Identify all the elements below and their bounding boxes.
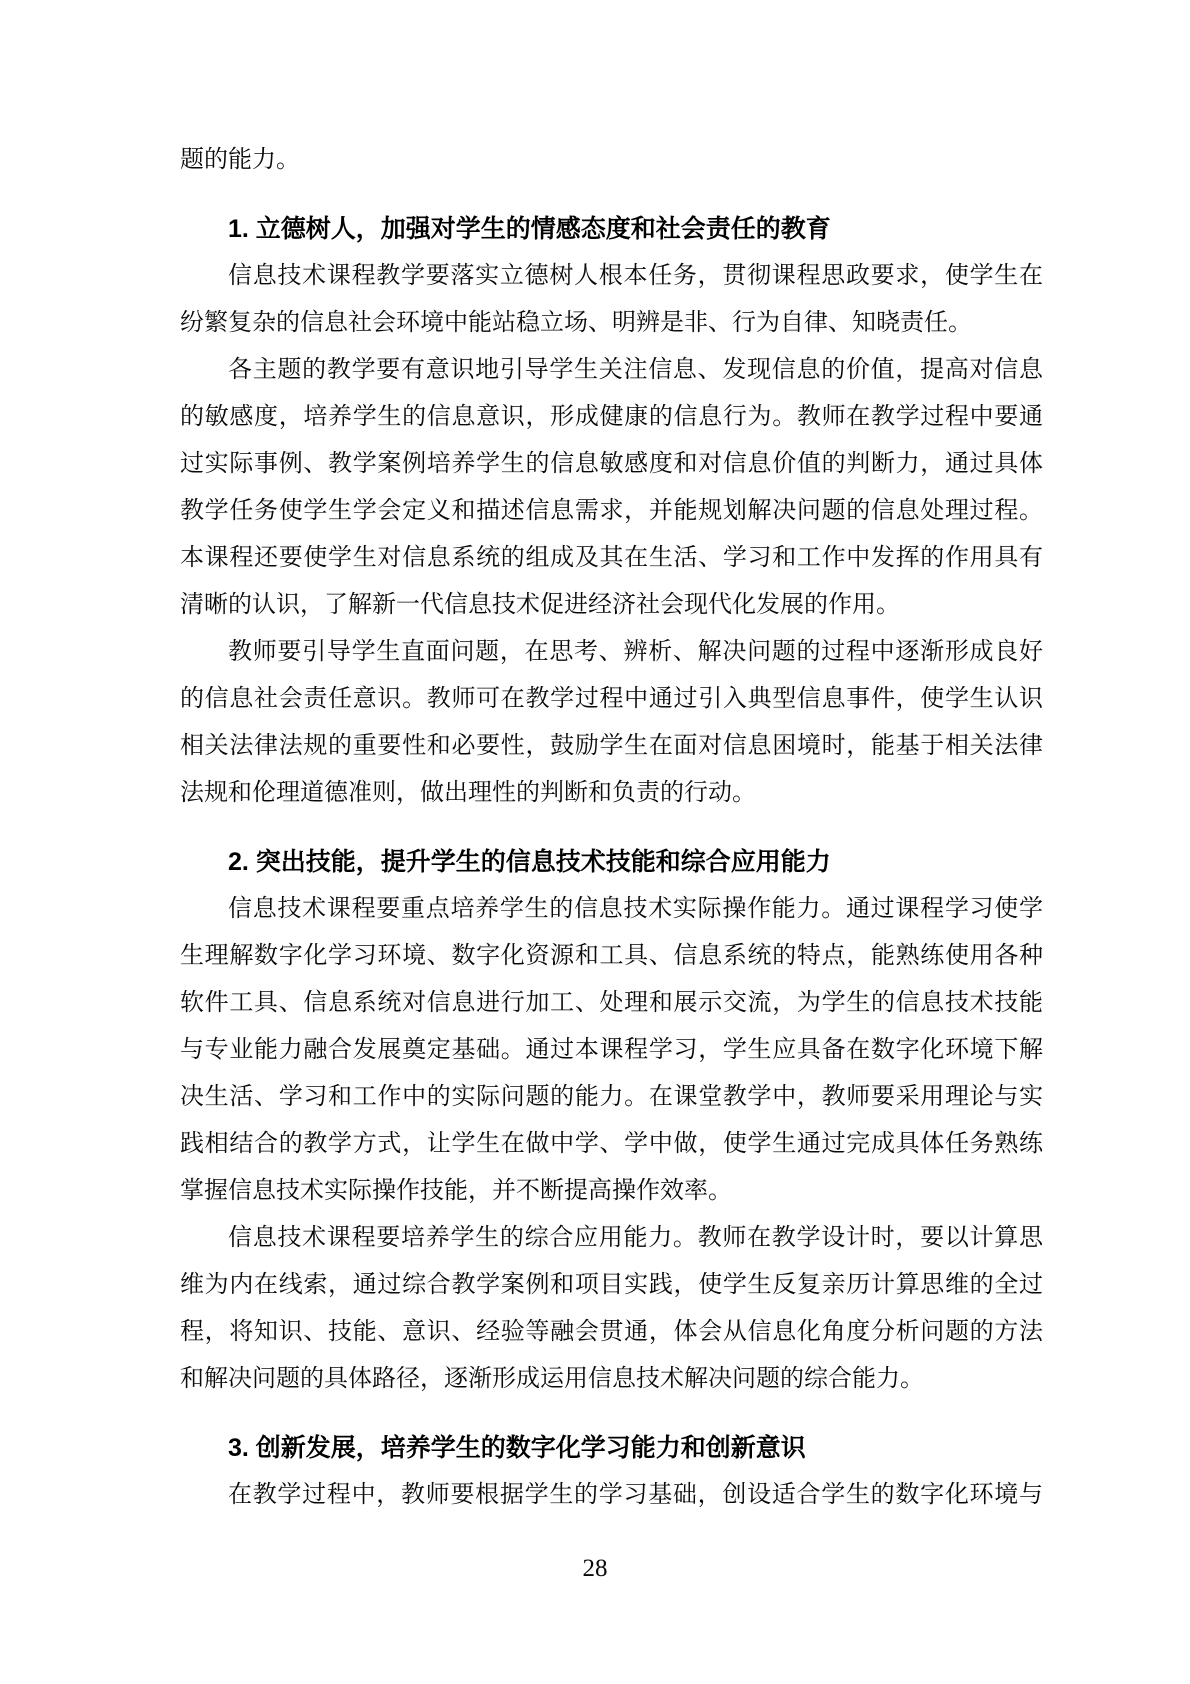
paragraph-line: 程，将知识、技能、意识、经验等融会贯通，体会从信息化角度分析问题的方法 <box>180 1309 1043 1356</box>
paragraph: 信息技术课程教学要落实立德树人根本任务，贯彻课程思政要求，使学生在纷繁复杂的信息… <box>180 253 1043 347</box>
paragraph-line: 信息技术课程要重点培养学生的信息技术实际操作能力。通过课程学习使学 <box>180 886 1043 933</box>
paragraph-line: 践相结合的教学方式，让学生在做中学、学中做，使学生通过完成具体任务熟练 <box>180 1121 1043 1168</box>
paragraph-line: 本课程还要使学生对信息系统的组成及其在生活、学习和工作中发挥的作用具有 <box>180 535 1043 582</box>
paragraph: 各主题的教学要有意识地引导学生关注信息、发现信息的价值，提高对信息的敏感度，培养… <box>180 347 1043 629</box>
paragraph-line: 纷繁复杂的信息社会环境中能站稳立场、明辨是非、行为自律、知晓责任。 <box>180 300 1043 347</box>
paragraph-line: 各主题的教学要有意识地引导学生关注信息、发现信息的价值，提高对信息 <box>180 347 1043 394</box>
paragraph-line: 的信息社会责任意识。教师可在教学过程中通过引入典型信息事件，使学生认识 <box>180 676 1043 723</box>
paragraph: 题的能力。 <box>180 137 1043 184</box>
document-content: 题的能力。1. 立德树人，加强对学生的情感态度和社会责任的教育信息技术课程教学要… <box>180 137 1043 1519</box>
section-heading: 2. 突出技能，提升学生的信息技术技能和综合应用能力 <box>180 839 1043 886</box>
paragraph-line: 的敏感度，培养学生的信息意识，形成健康的信息行为。教师在教学过程中要通 <box>180 394 1043 441</box>
paragraph-line: 在教学过程中，教师要根据学生的学习基础，创设适合学生的数字化环境与 <box>180 1472 1043 1519</box>
paragraph-line: 教师要引导学生直面问题，在思考、辨析、解决问题的过程中逐渐形成良好 <box>180 629 1043 676</box>
paragraph-line: 法规和伦理道德准则，做出理性的判断和负责的行动。 <box>180 770 1043 817</box>
paragraph: 教师要引导学生直面问题，在思考、辨析、解决问题的过程中逐渐形成良好的信息社会责任… <box>180 629 1043 817</box>
paragraph-line: 信息技术课程教学要落实立德树人根本任务，贯彻课程思政要求，使学生在 <box>180 253 1043 300</box>
paragraph: 信息技术课程要培养学生的综合应用能力。教师在教学设计时，要以计算思维为内在线索，… <box>180 1215 1043 1403</box>
section-heading: 3. 创新发展，培养学生的数字化学习能力和创新意识 <box>180 1425 1043 1472</box>
document-page: 题的能力。1. 立德树人，加强对学生的情感态度和社会责任的教育信息技术课程教学要… <box>0 0 1190 1684</box>
paragraph-line: 信息技术课程要培养学生的综合应用能力。教师在教学设计时，要以计算思 <box>180 1215 1043 1262</box>
section-heading: 1. 立德树人，加强对学生的情感态度和社会责任的教育 <box>180 206 1043 253</box>
paragraph: 信息技术课程要重点培养学生的信息技术实际操作能力。通过课程学习使学生理解数字化学… <box>180 886 1043 1215</box>
paragraph-line: 教学任务使学生学会定义和描述信息需求，并能规划解决问题的信息处理过程。 <box>180 488 1043 535</box>
paragraph-line: 软件工具、信息系统对信息进行加工、处理和展示交流，为学生的信息技术技能 <box>180 980 1043 1027</box>
paragraph-line: 题的能力。 <box>180 137 1043 184</box>
paragraph-line: 掌握信息技术实际操作技能，并不断提高操作效率。 <box>180 1168 1043 1215</box>
paragraph-line: 生理解数字化学习环境、数字化资源和工具、信息系统的特点，能熟练使用各种 <box>180 933 1043 980</box>
paragraph-line: 维为内在线索，通过综合教学案例和项目实践，使学生反复亲历计算思维的全过 <box>180 1262 1043 1309</box>
paragraph-line: 决生活、学习和工作中的实际问题的能力。在课堂教学中，教师要采用理论与实 <box>180 1074 1043 1121</box>
paragraph: 在教学过程中，教师要根据学生的学习基础，创设适合学生的数字化环境与 <box>180 1472 1043 1519</box>
paragraph-line: 与专业能力融合发展奠定基础。通过本课程学习，学生应具备在数字化环境下解 <box>180 1027 1043 1074</box>
paragraph-line: 相关法律法规的重要性和必要性，鼓励学生在面对信息困境时，能基于相关法律 <box>180 723 1043 770</box>
paragraph-line: 清晰的认识，了解新一代信息技术促进经济社会现代化发展的作用。 <box>180 582 1043 629</box>
page-number: 28 <box>0 1551 1190 1587</box>
paragraph-line: 过实际事例、教学案例培养学生的信息敏感度和对信息价值的判断力，通过具体 <box>180 441 1043 488</box>
paragraph-line: 和解决问题的具体路径，逐渐形成运用信息技术解决问题的综合能力。 <box>180 1356 1043 1403</box>
